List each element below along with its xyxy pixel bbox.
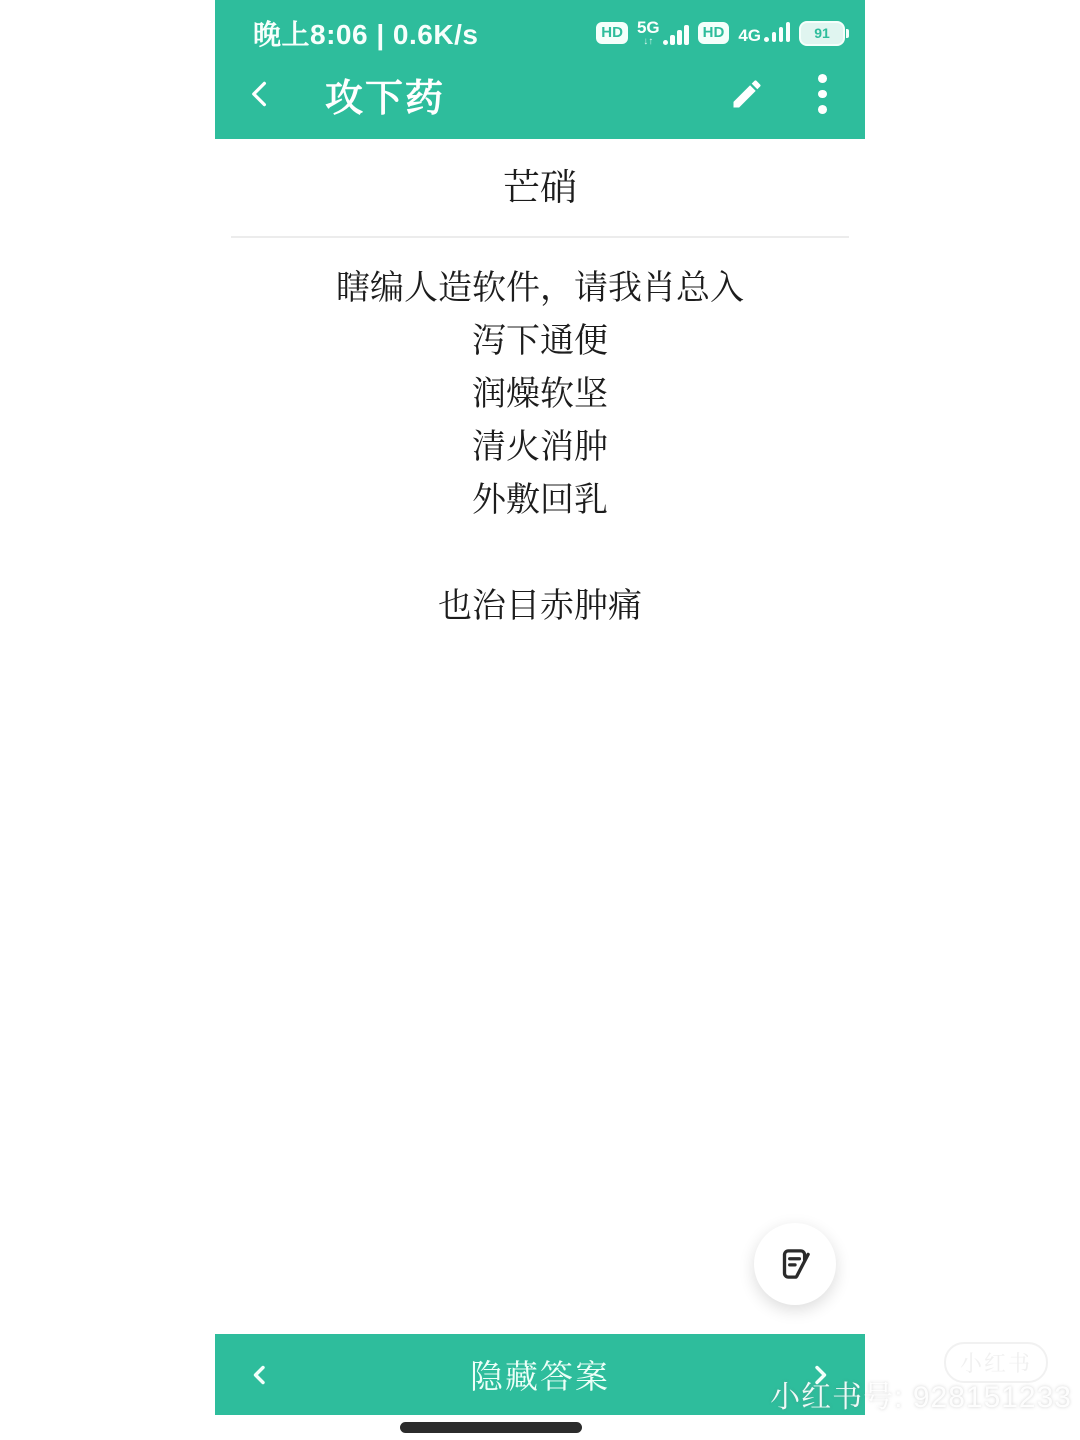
answer-line: 外敷回乳 xyxy=(215,474,865,527)
note-edit-icon xyxy=(774,1243,816,1285)
answer-line: 瞎编人造软件，请我肖总入 xyxy=(215,262,865,315)
answer-line: 润燥软坚 xyxy=(215,368,865,421)
header-block: 晚上8:06 | 0.6K/s HD 5G ↓↑ HD 4G xyxy=(215,0,865,139)
page-title: 攻下药 xyxy=(325,67,445,122)
note-fab-button[interactable] xyxy=(754,1223,836,1305)
overflow-menu-button[interactable] xyxy=(809,74,835,114)
signal-5g-icon: 5G ↓↑ xyxy=(637,19,689,47)
card-answer: 瞎编人造软件，请我肖总入 泻下通便 润燥软坚 清火消肿 外敷回乳 也治目赤肿痛 xyxy=(215,262,865,633)
hd-badge-icon-2: HD xyxy=(698,22,730,44)
card-term: 芒硝 xyxy=(215,166,865,210)
signal-4g-icon: 4G xyxy=(738,22,790,44)
answer-line: 泻下通便 xyxy=(215,315,865,368)
hd-badge-icon: HD xyxy=(596,22,628,44)
toggle-answer-button[interactable]: 隐藏答案 xyxy=(215,1351,865,1398)
chevron-right-icon xyxy=(808,1359,832,1391)
previous-card-button[interactable] xyxy=(245,1355,275,1395)
flashcard: 芒硝 瞎编人造软件，请我肖总入 泻下通便 润燥软坚 清火消肿 外敷回乳 也治目赤… xyxy=(215,139,865,633)
status-icons: HD 5G ↓↑ HD 4G xyxy=(596,19,845,47)
signal-bars-icon-2 xyxy=(764,22,790,44)
time-and-network-speed: 晚上8:06 | 0.6K/s xyxy=(253,13,478,53)
data-arrows-icon: ↓↑ xyxy=(643,37,653,47)
battery-icon: 91 xyxy=(799,21,845,46)
answer-line-blank xyxy=(215,527,865,580)
back-button[interactable] xyxy=(245,74,279,114)
chevron-left-icon xyxy=(245,75,275,113)
network-type-label-2: 4G xyxy=(738,27,761,44)
answer-line: 清火消肿 xyxy=(215,421,865,474)
pencil-icon xyxy=(729,76,765,112)
battery-percent: 91 xyxy=(814,25,830,41)
status-bar: 晚上8:06 | 0.6K/s HD 5G ↓↑ HD 4G xyxy=(215,0,865,54)
home-indicator[interactable] xyxy=(400,1422,582,1433)
chevron-left-icon xyxy=(248,1359,272,1391)
app-bar: 攻下药 xyxy=(215,54,865,134)
answer-line: 也治目赤肿痛 xyxy=(215,580,865,633)
divider xyxy=(231,236,849,238)
next-card-button[interactable] xyxy=(805,1355,835,1395)
phone-screen: 晚上8:06 | 0.6K/s HD 5G ↓↑ HD 4G xyxy=(215,0,865,1440)
edit-button[interactable] xyxy=(727,74,767,114)
signal-bars-icon xyxy=(663,25,689,47)
network-type-label: 5G xyxy=(637,19,660,36)
bottom-bar: 隐藏答案 xyxy=(215,1334,865,1415)
